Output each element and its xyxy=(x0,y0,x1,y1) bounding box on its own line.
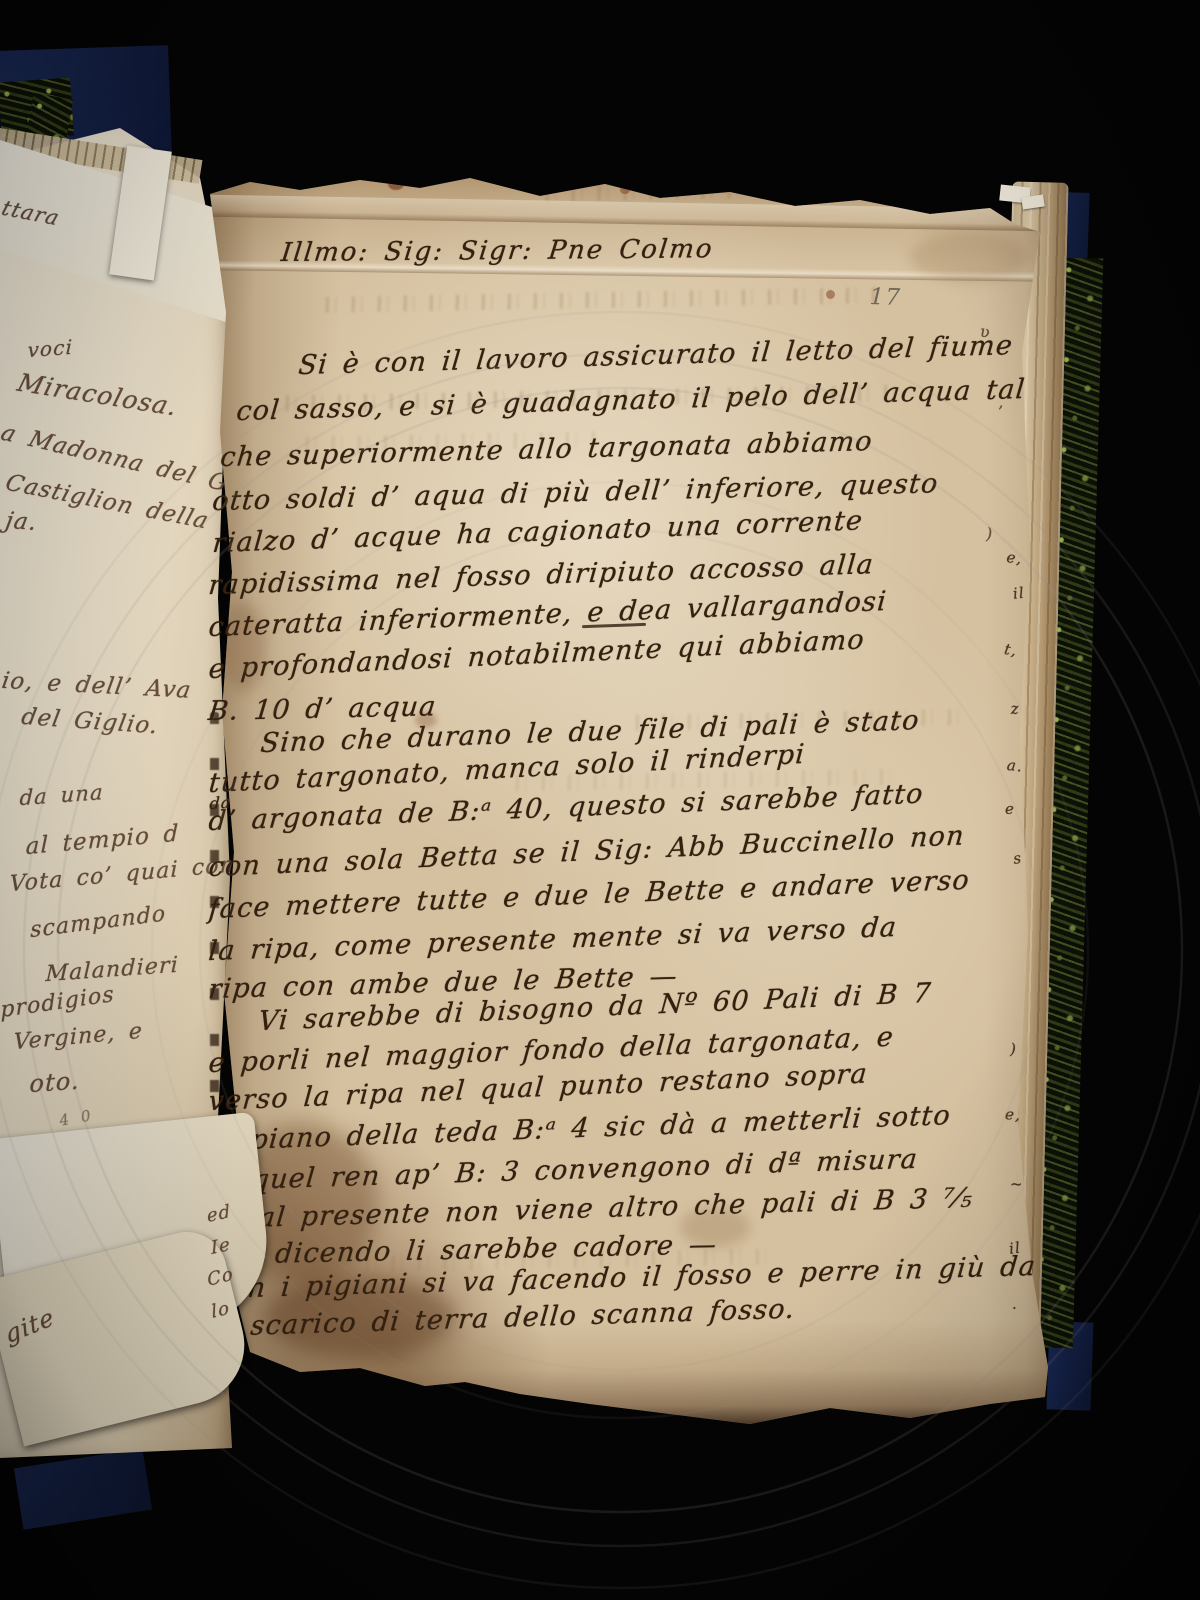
edge-fragment: e, xyxy=(1004,1105,1022,1124)
manuscript-line: Si è con il lavoro assicurato il letto d… xyxy=(297,330,1014,381)
edge-fragment: z xyxy=(1010,699,1020,718)
edge-fragment: ~ xyxy=(1010,1175,1024,1193)
book-cover-blue-bottom-left xyxy=(14,1448,152,1530)
manuscript-page-content: Illmo: Sig: Sigr: Pne Colmo 17 Si è con … xyxy=(210,172,1055,1432)
photo-stage: ttara voci Miracolosa. a Madonna del Gig… xyxy=(0,0,1200,1600)
edge-fragment: a. xyxy=(1006,756,1024,776)
edge-fragment: il xyxy=(1012,584,1026,603)
manuscript-line: che superiormente allo targonata abbiamo xyxy=(219,426,874,473)
page-number: 17 xyxy=(869,284,902,311)
bottom-left-fragment: lo xyxy=(210,1297,231,1323)
bottom-left-fragment: Ie xyxy=(210,1234,232,1259)
manuscript-line: col sasso, e si è guadagnato il pelo del… xyxy=(235,374,1027,427)
left-page-fragment: ja. xyxy=(3,508,39,536)
left-page-fragment: voci xyxy=(27,335,73,362)
left-page-fragment: oto. xyxy=(29,1066,80,1098)
salutation: Illmo: Sig: Sigr: Pne Colmo xyxy=(280,234,716,268)
edge-fragment: il xyxy=(1008,1239,1022,1258)
margin-mark: ʋ xyxy=(980,322,991,341)
edge-fragment: ) xyxy=(1010,1040,1017,1058)
book-cover-marble-top-left-2 xyxy=(27,93,73,139)
edge-fragment: . xyxy=(1012,1295,1018,1313)
manuscript-line: B. 10 d’ acqua xyxy=(207,691,438,727)
edge-fragment: e xyxy=(1005,800,1015,818)
edge-fragment: e, xyxy=(1005,548,1023,568)
margin-mark: ) xyxy=(986,524,993,543)
margin-mark: ’ xyxy=(998,402,1004,421)
